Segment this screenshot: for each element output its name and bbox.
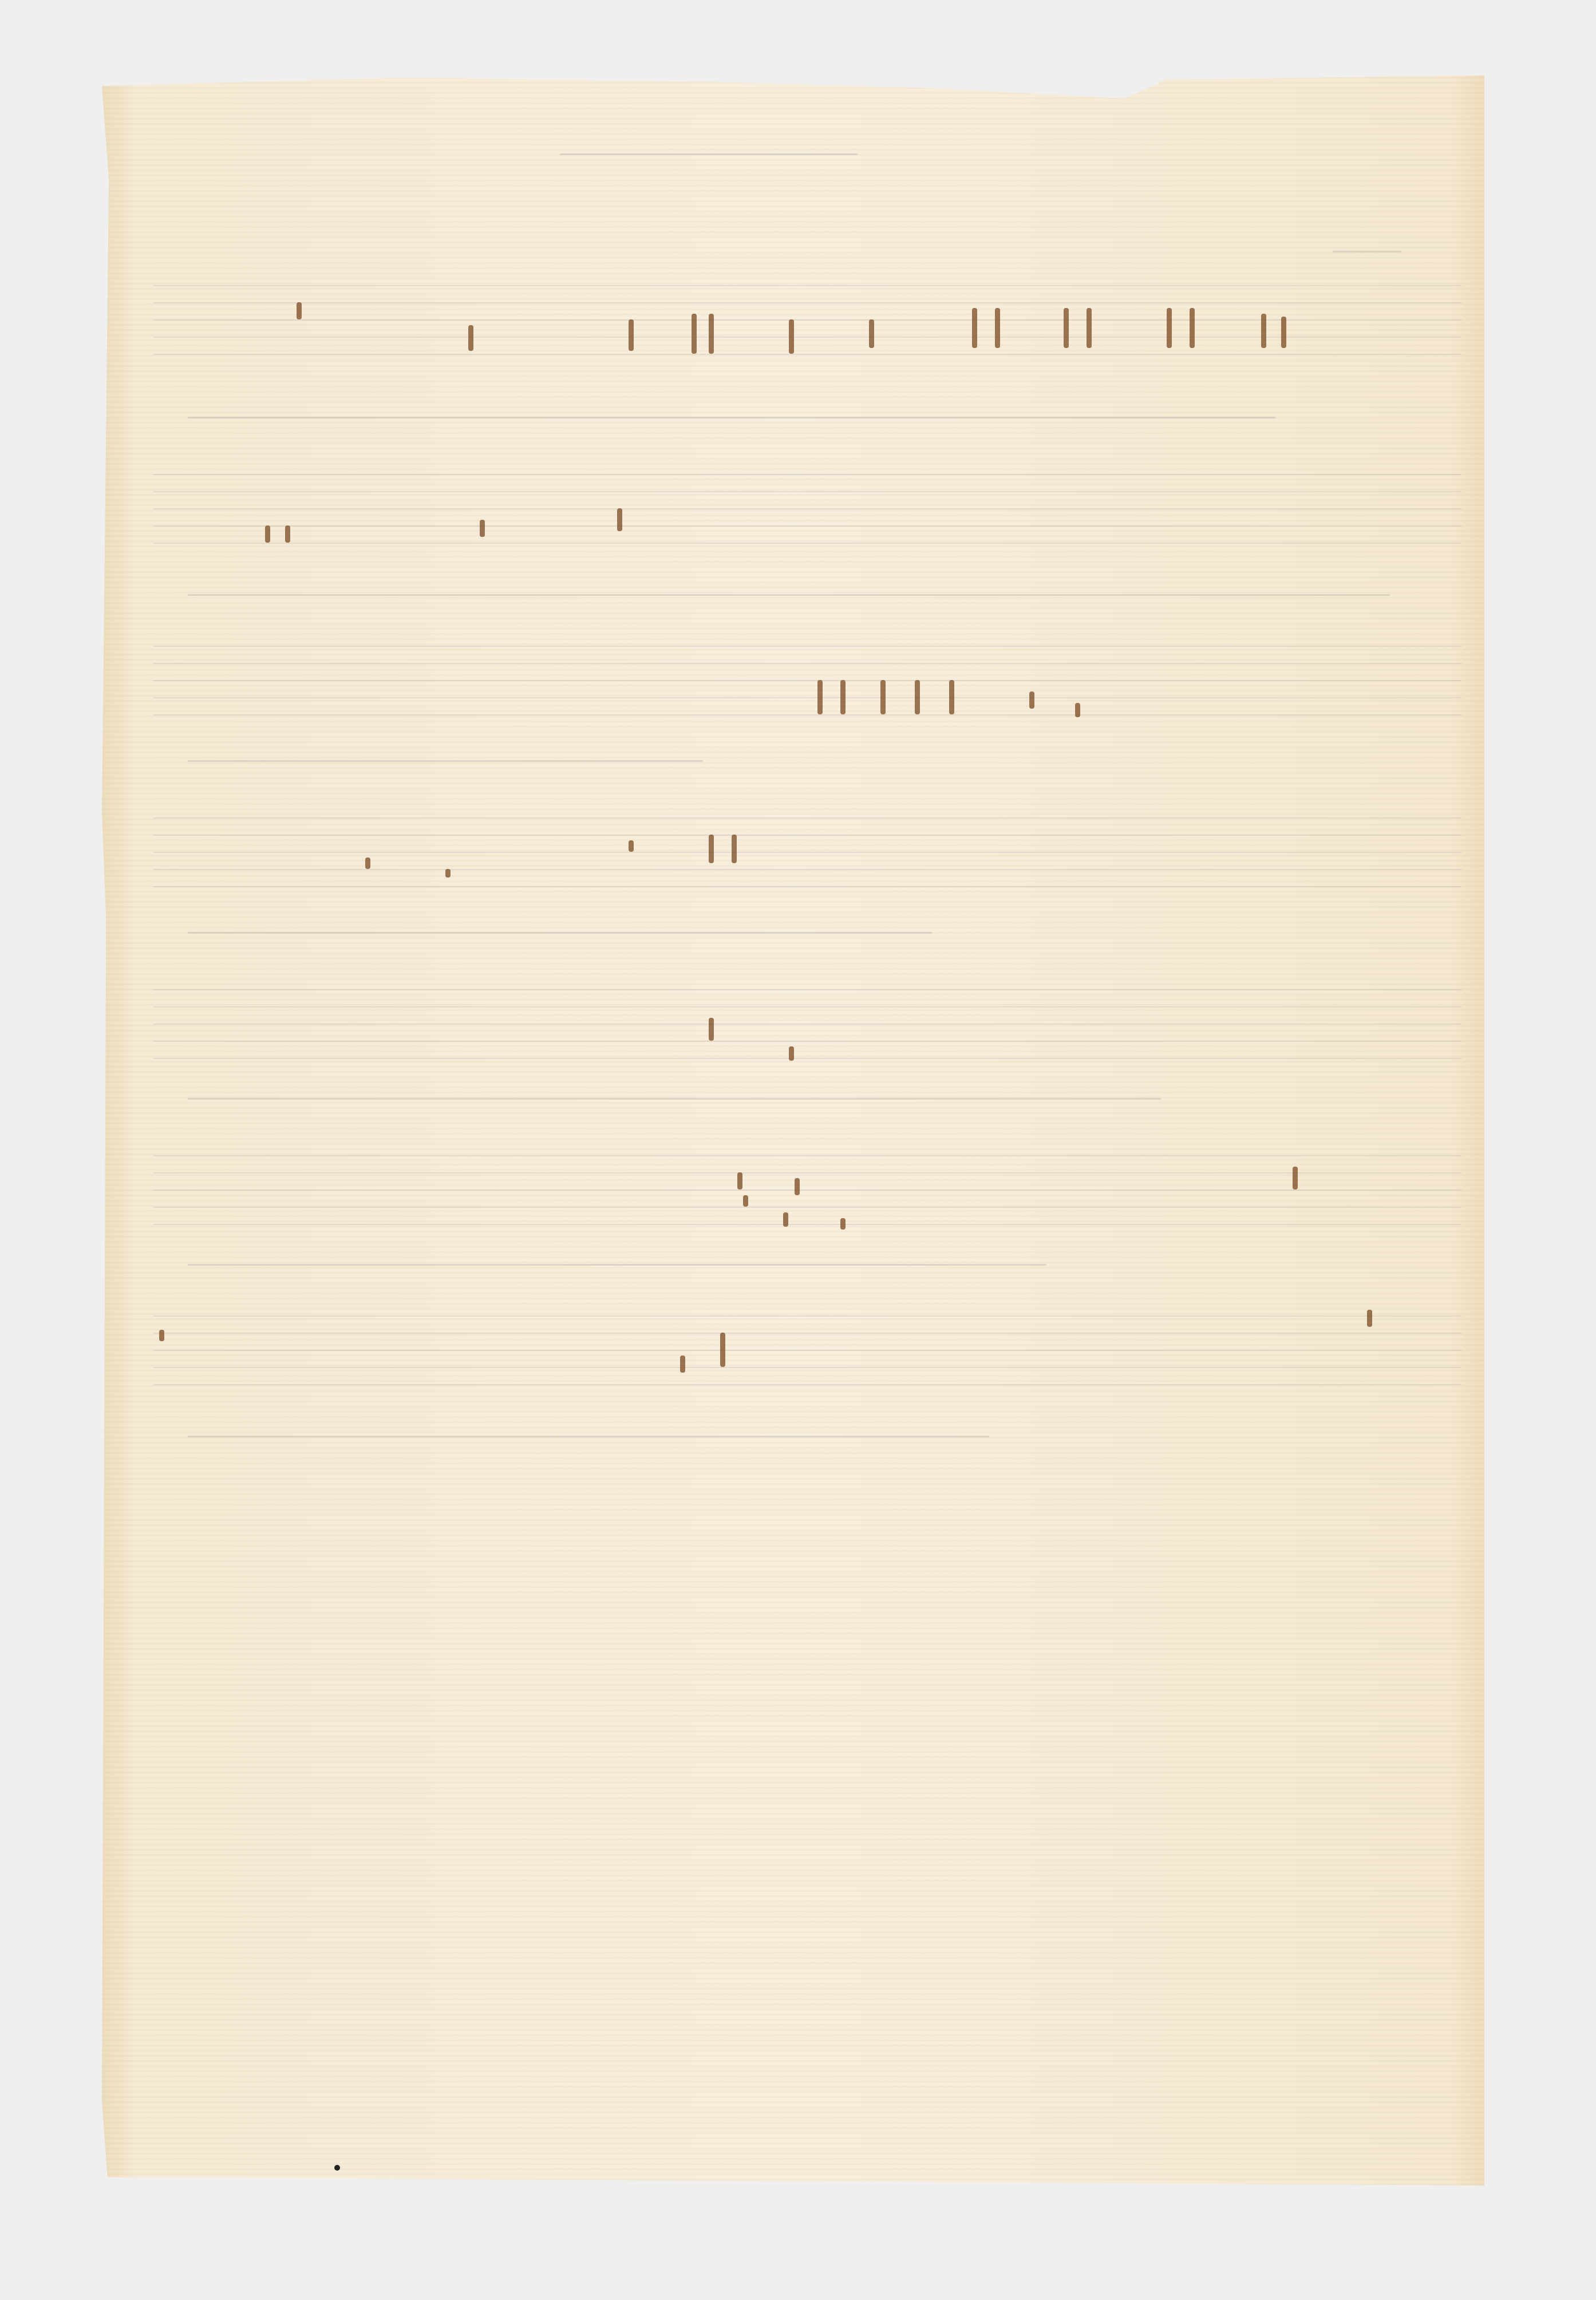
ink-mark: [1261, 314, 1266, 348]
debris-dot: [334, 2165, 340, 2171]
ink-mark: [629, 319, 634, 351]
staff-system-2: [153, 474, 1461, 543]
ink-mark: [1190, 308, 1195, 348]
pencil-text-bleed: [188, 594, 1390, 596]
ink-mark: [1064, 308, 1069, 348]
staff-system-7: [153, 1315, 1461, 1384]
ink-mark: [972, 308, 977, 348]
ink-mark: [949, 680, 954, 714]
pencil-text-bleed: [188, 1098, 1161, 1100]
ink-mark: [709, 1018, 714, 1041]
ink-mark: [1281, 317, 1286, 348]
staff-system-5: [153, 989, 1461, 1058]
manuscript-page: [102, 73, 1484, 2186]
ink-mark: [265, 525, 270, 543]
ink-mark: [1075, 703, 1080, 717]
ink-mark: [1293, 1167, 1298, 1189]
ink-mark: [840, 680, 846, 714]
ink-mark: [617, 508, 622, 531]
ink-mark: [880, 680, 886, 714]
pencil-text-bleed: [188, 1436, 989, 1437]
ink-mark: [365, 857, 370, 869]
ink-mark: [692, 314, 697, 354]
staff-system-4: [153, 817, 1461, 886]
ink-mark: [737, 1172, 742, 1189]
staff-system-3: [153, 646, 1461, 714]
ink-mark: [720, 1333, 725, 1367]
ink-mark: [915, 680, 920, 714]
staff-system-6: [153, 1155, 1461, 1224]
pencil-text-bleed: [188, 932, 932, 934]
ink-mark: [445, 869, 451, 878]
ink-mark: [1087, 308, 1092, 348]
ink-mark: [795, 1178, 800, 1195]
ink-mark: [297, 302, 302, 319]
ink-mark: [783, 1212, 788, 1227]
ink-mark: [1367, 1310, 1372, 1327]
pencil-text-bleed: [188, 1264, 1046, 1266]
ink-mark: [743, 1195, 748, 1207]
pencil-corner-bleed: [1333, 251, 1401, 252]
pencil-heading-bleed: [560, 153, 858, 155]
ink-mark: [995, 308, 1000, 348]
ink-mark: [732, 835, 737, 863]
ink-mark: [709, 835, 714, 863]
ink-mark: [840, 1218, 846, 1230]
ink-mark: [869, 319, 874, 348]
ink-mark: [285, 525, 290, 543]
ink-mark: [680, 1356, 685, 1373]
ink-mark: [789, 1046, 794, 1061]
ink-mark: [817, 680, 823, 714]
ink-mark: [1167, 308, 1172, 348]
ink-mark: [159, 1330, 164, 1341]
ink-mark: [1029, 691, 1034, 709]
ink-mark: [629, 840, 634, 852]
pencil-text-bleed: [188, 417, 1275, 418]
ink-mark: [789, 319, 794, 354]
ink-mark: [480, 520, 485, 537]
pencil-text-bleed: [188, 760, 703, 762]
ink-mark: [468, 325, 473, 351]
ink-mark: [709, 314, 714, 354]
